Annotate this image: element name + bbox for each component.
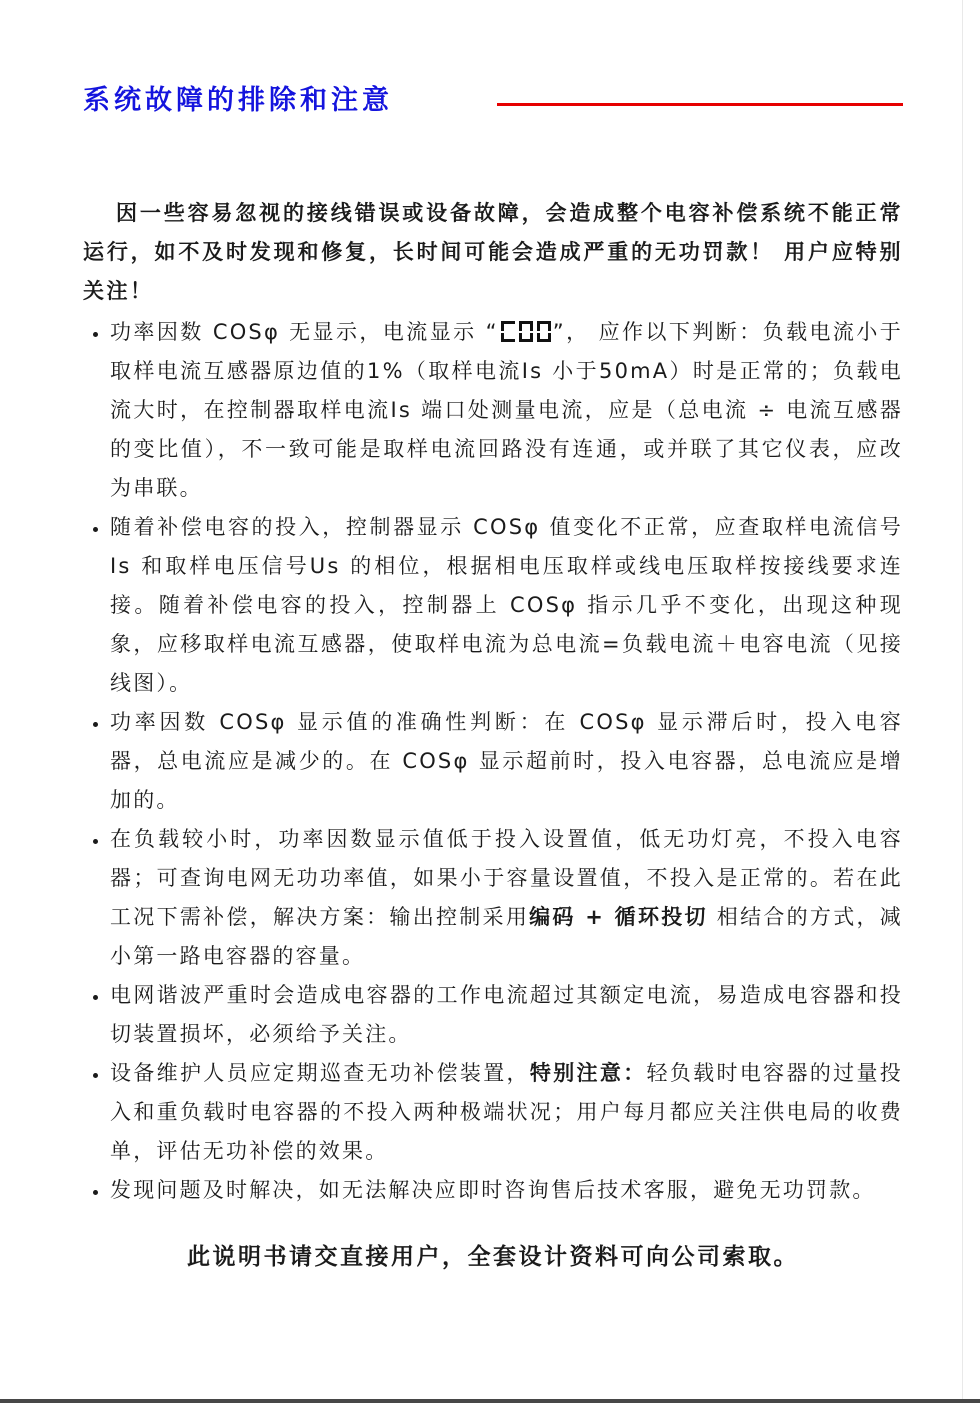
document-page: 系统故障的排除和注意 因一些容易忽视的接线错误或设备故障，会造成整个电容补偿系统… bbox=[0, 0, 980, 1403]
bullet-text-bold: 特别注意： bbox=[530, 1061, 647, 1085]
list-item: 设备维护人员应定期巡查无功补偿装置，特别注意：轻负载时电容器的过量投入和重负载时… bbox=[110, 1054, 903, 1171]
page-title: 系统故障的排除和注意 bbox=[83, 84, 393, 118]
page-bottom-edge bbox=[0, 1399, 980, 1403]
bullet-text: 发现问题及时解决，如无法解决应即时咨询售后技术客服，避免无功罚款。 bbox=[110, 1178, 876, 1202]
list-item: 在负载较小时，功率因数显示值低于投入设置值，低无功灯亮，不投入电容器；可查询电网… bbox=[110, 820, 903, 976]
page-right-edge bbox=[962, 0, 963, 1403]
title-rule bbox=[497, 103, 903, 106]
bullet-text: 电网谐波严重时会造成电容器的工作电流超过其额定电流，易造成电容器和投切装置损坏，… bbox=[110, 983, 903, 1046]
bullet-text: 随着补偿电容的投入，控制器显示 COSφ 值变化不正常，应查取样电流信号Is 和… bbox=[110, 515, 903, 695]
seg-digit-0-icon bbox=[537, 321, 551, 342]
list-item: 功率因数 COSφ 无显示，电流显示 “”， 应作以下判断：负载电流小于取样电流… bbox=[110, 313, 903, 508]
seven-segment-display bbox=[501, 313, 551, 352]
bullet-text-bold: 编码 + 循环投切 bbox=[529, 905, 708, 929]
bullet-text: 功率因数 COSφ 无显示，电流显示 “ bbox=[110, 320, 499, 344]
bullet-text: 设备维护人员应定期巡查无功补偿装置， bbox=[110, 1061, 530, 1085]
list-item: 随着补偿电容的投入，控制器显示 COSφ 值变化不正常，应查取样电流信号Is 和… bbox=[110, 508, 903, 703]
list-item: 发现问题及时解决，如无法解决应即时咨询售后技术客服，避免无功罚款。 bbox=[110, 1171, 903, 1210]
seg-digit-C-icon bbox=[501, 321, 515, 342]
document-body: 因一些容易忽视的接线错误或设备故障，会造成整个电容补偿系统不能正常运行，如不及时… bbox=[83, 194, 903, 1277]
notes-list: 功率因数 COSφ 无显示，电流显示 “”， 应作以下判断：负载电流小于取样电流… bbox=[83, 313, 903, 1210]
list-item: 电网谐波严重时会造成电容器的工作电流超过其额定电流，易造成电容器和投切装置损坏，… bbox=[110, 976, 903, 1054]
intro-paragraph: 因一些容易忽视的接线错误或设备故障，会造成整个电容补偿系统不能正常运行，如不及时… bbox=[83, 194, 903, 311]
seg-digit-0-icon bbox=[519, 321, 533, 342]
title-row: 系统故障的排除和注意 bbox=[0, 0, 980, 118]
bullet-text: 功率因数 COSφ 显示值的准确性判断：在 COSφ 显示滞后时，投入电容器，总… bbox=[110, 710, 903, 812]
footer-note: 此说明书请交直接用户，全套设计资料可向公司索取。 bbox=[143, 1238, 843, 1277]
list-item: 功率因数 COSφ 显示值的准确性判断：在 COSφ 显示滞后时，投入电容器，总… bbox=[110, 703, 903, 820]
